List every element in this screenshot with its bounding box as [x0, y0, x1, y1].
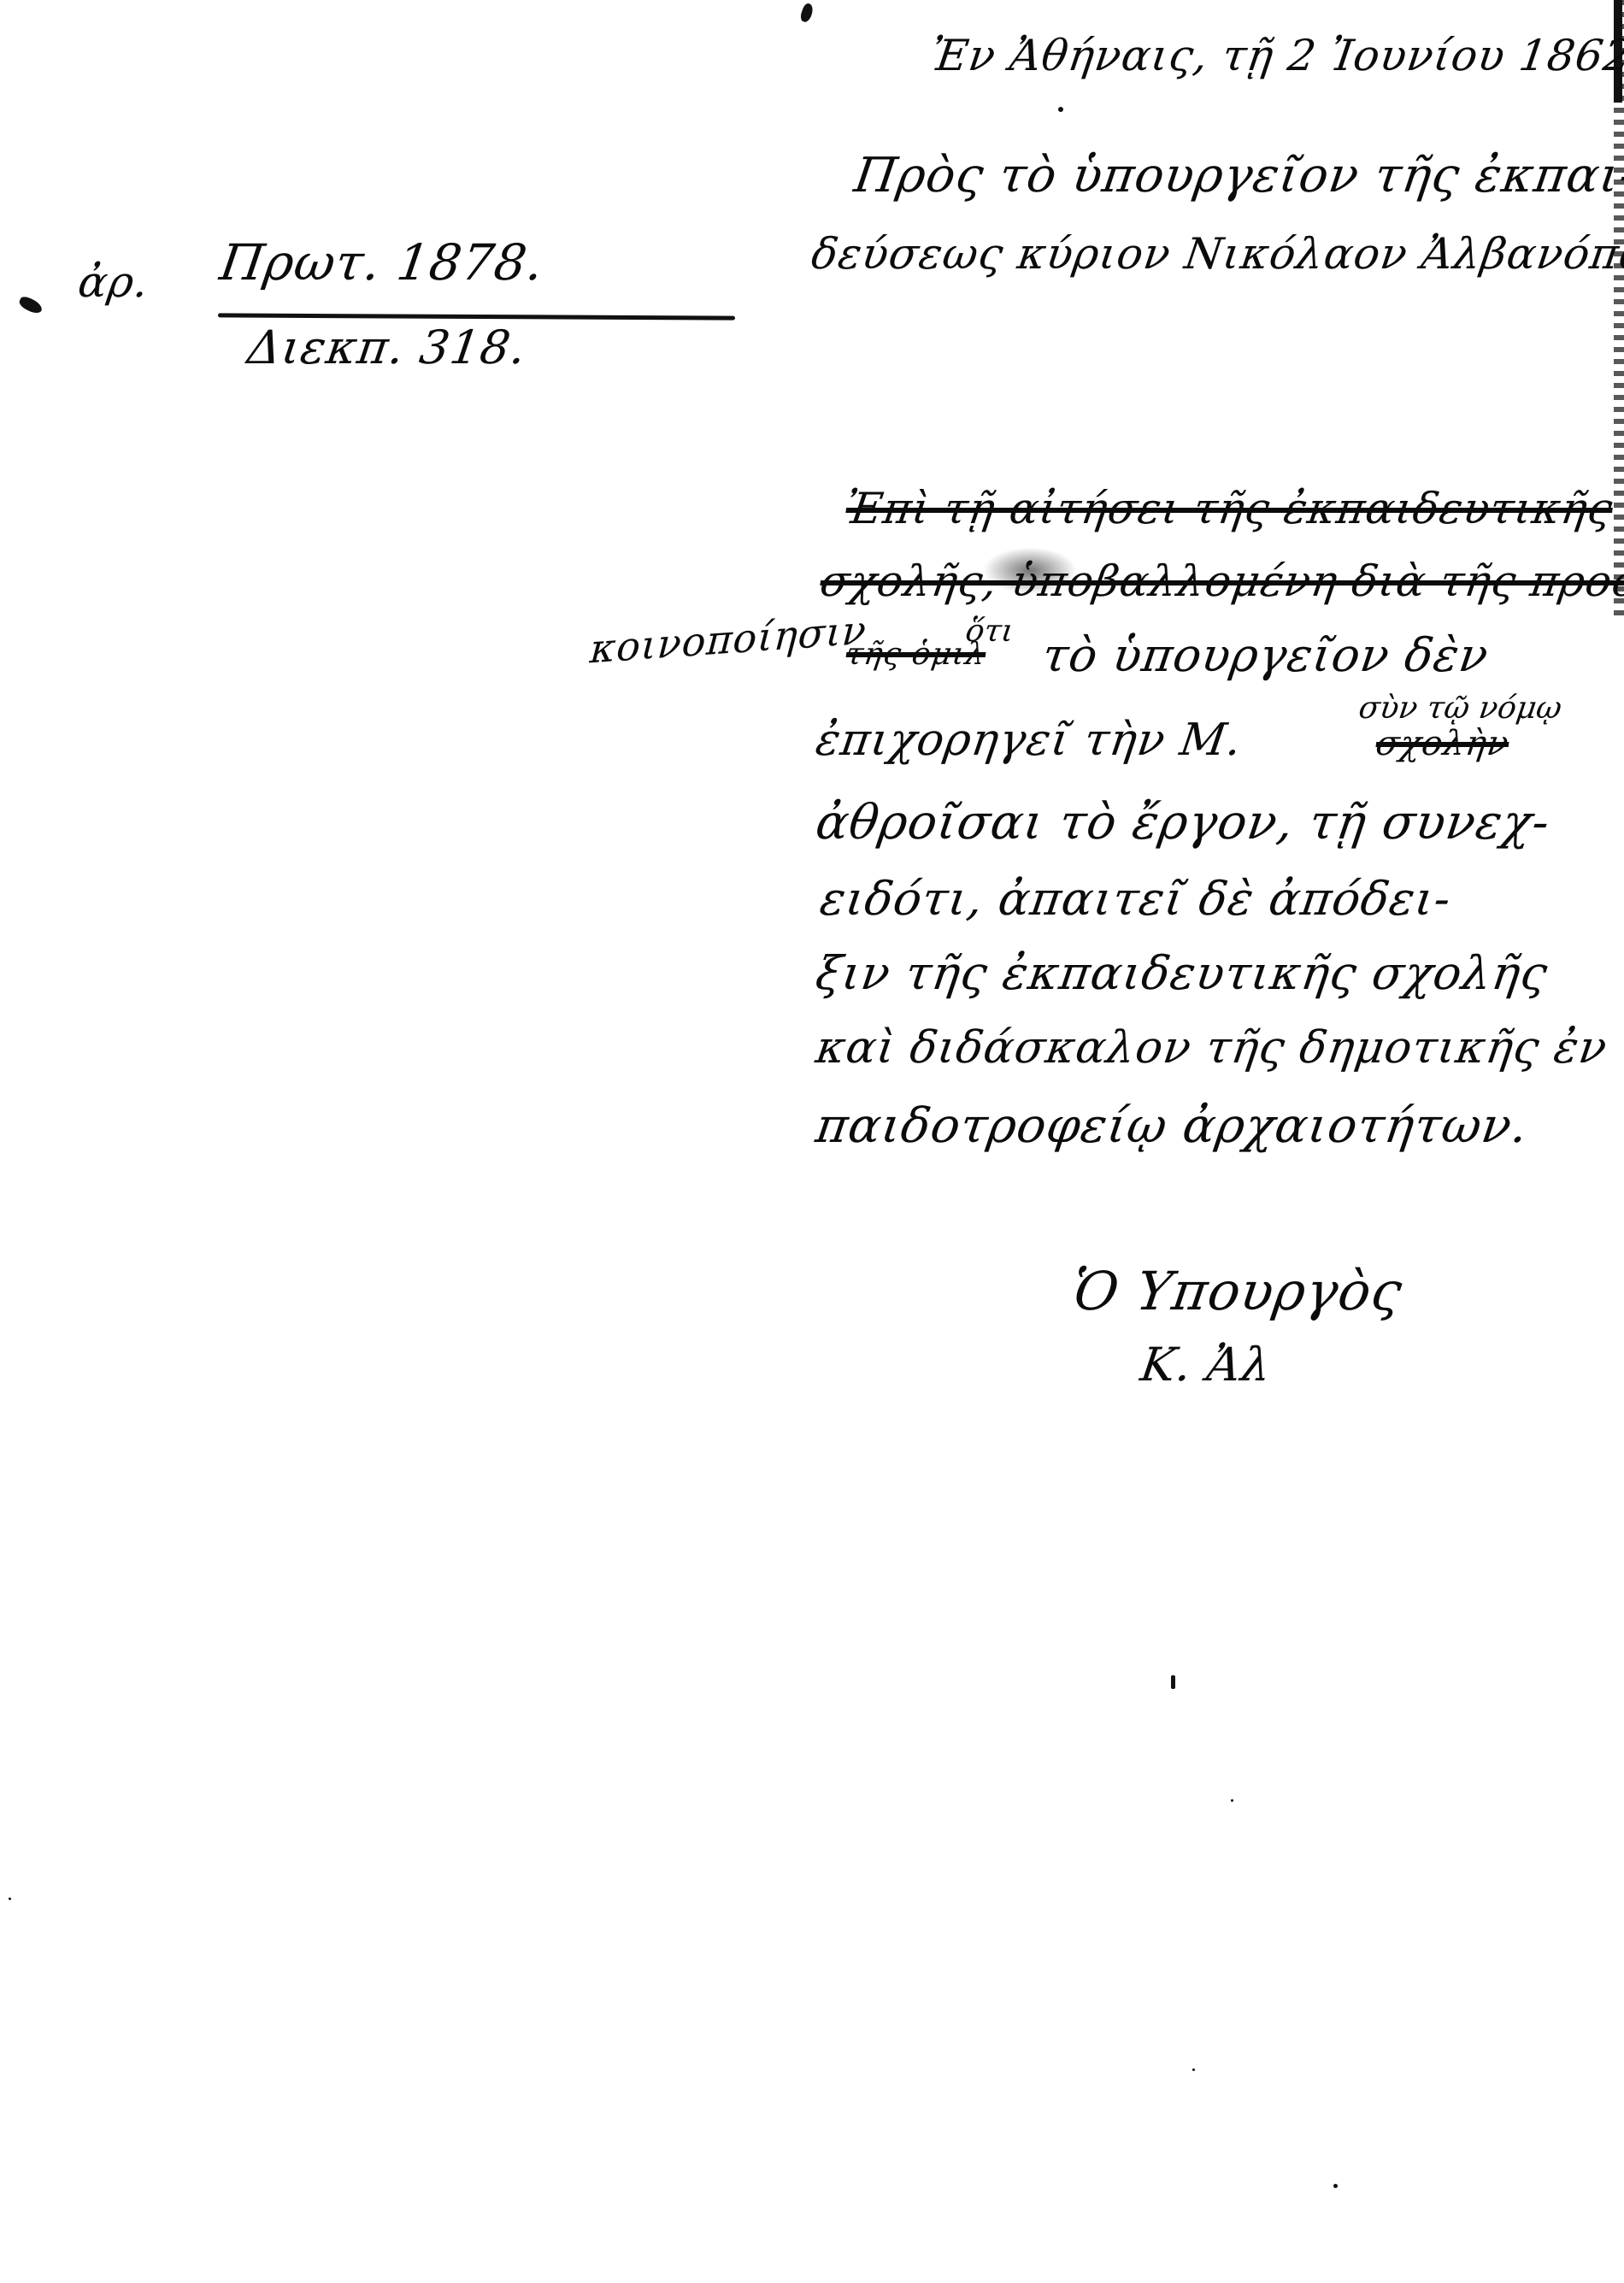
body-line-4-insertion: σὺν τῷ νόμῳ: [1356, 691, 1564, 726]
scan-speck: [9, 1898, 11, 1900]
registry-dispatch-number: Διεκπ. 318.: [244, 325, 529, 371]
signature-title: Ὁ Υπουργὸς: [1069, 1265, 1406, 1318]
scan-speck: [1058, 107, 1063, 112]
scan-speck: [1192, 2068, 1195, 2071]
place-date: Ἐν Ἀθήναις, τῇ 2 Ἰουνίου 1862.: [928, 34, 1624, 77]
body-line-5: ἀθροῖσαι τὸ ἔργον, τῇ συνεχ-: [813, 799, 1553, 847]
body-line-3-insertion: ὅτι: [963, 614, 1015, 649]
registry-protocol-number: Πρωτ. 1878.: [217, 238, 547, 287]
scan-speck: [1171, 1675, 1175, 1689]
document-page: Ἐν Ἀθήναις, τῇ 2 Ἰουνίου 1862. Πρὸς τὸ ὑ…: [0, 0, 1624, 2283]
body-line-7: ξιν τῆς ἐκπαιδευτικῆς σχολῆς: [813, 950, 1550, 997]
body-line-1-struck: Ἐπὶ τῇ αἰτήσει τῆς ἐκπαιδευτικῆς: [843, 487, 1615, 530]
scan-speck: [1333, 2184, 1338, 2188]
body-line-6: ειδότι, ἀπαιτεῖ δὲ ἀπόδει-: [817, 876, 1454, 922]
body-line-4-struck-word: σχολὴν: [1374, 727, 1511, 761]
body-line-3: τὸ ὑπουργεῖον δὲν: [1039, 633, 1492, 679]
body-line-2-struck: σχολῆς, ὑποβαλλομένη διὰ τῆς προσ-: [817, 560, 1624, 603]
addressee-line-1: Πρὸς τὸ ὑπουργεῖον τῆς ἐκπαι-: [851, 152, 1624, 200]
body-line-9: παιδοτροφείῳ ἀρχαιοτήτων.: [813, 1103, 1531, 1150]
body-line-3-prefix: κοινοποίησιν: [589, 610, 868, 669]
registry-prefix: ἀρ.: [75, 261, 151, 303]
scan-edge-perforation: [1614, 0, 1624, 615]
body-line-4: ἐπιχορηγεῖ τὴν Μ.: [813, 718, 1244, 762]
addressee-line-2: δεύσεως κύριον Νικόλαον Ἀλβανόπουλον: [809, 232, 1624, 275]
ink-mark-top: [799, 3, 815, 24]
margin-ink-mark: [17, 295, 44, 316]
registry-divider-line: [218, 313, 735, 320]
signature-initials: Κ. Ἀλ: [1138, 1342, 1274, 1388]
body-line-8: καὶ διδάσκαλον τῆς δημοτικῆς ἐν τῷ: [813, 1026, 1624, 1070]
scan-speck: [1231, 1799, 1233, 1802]
